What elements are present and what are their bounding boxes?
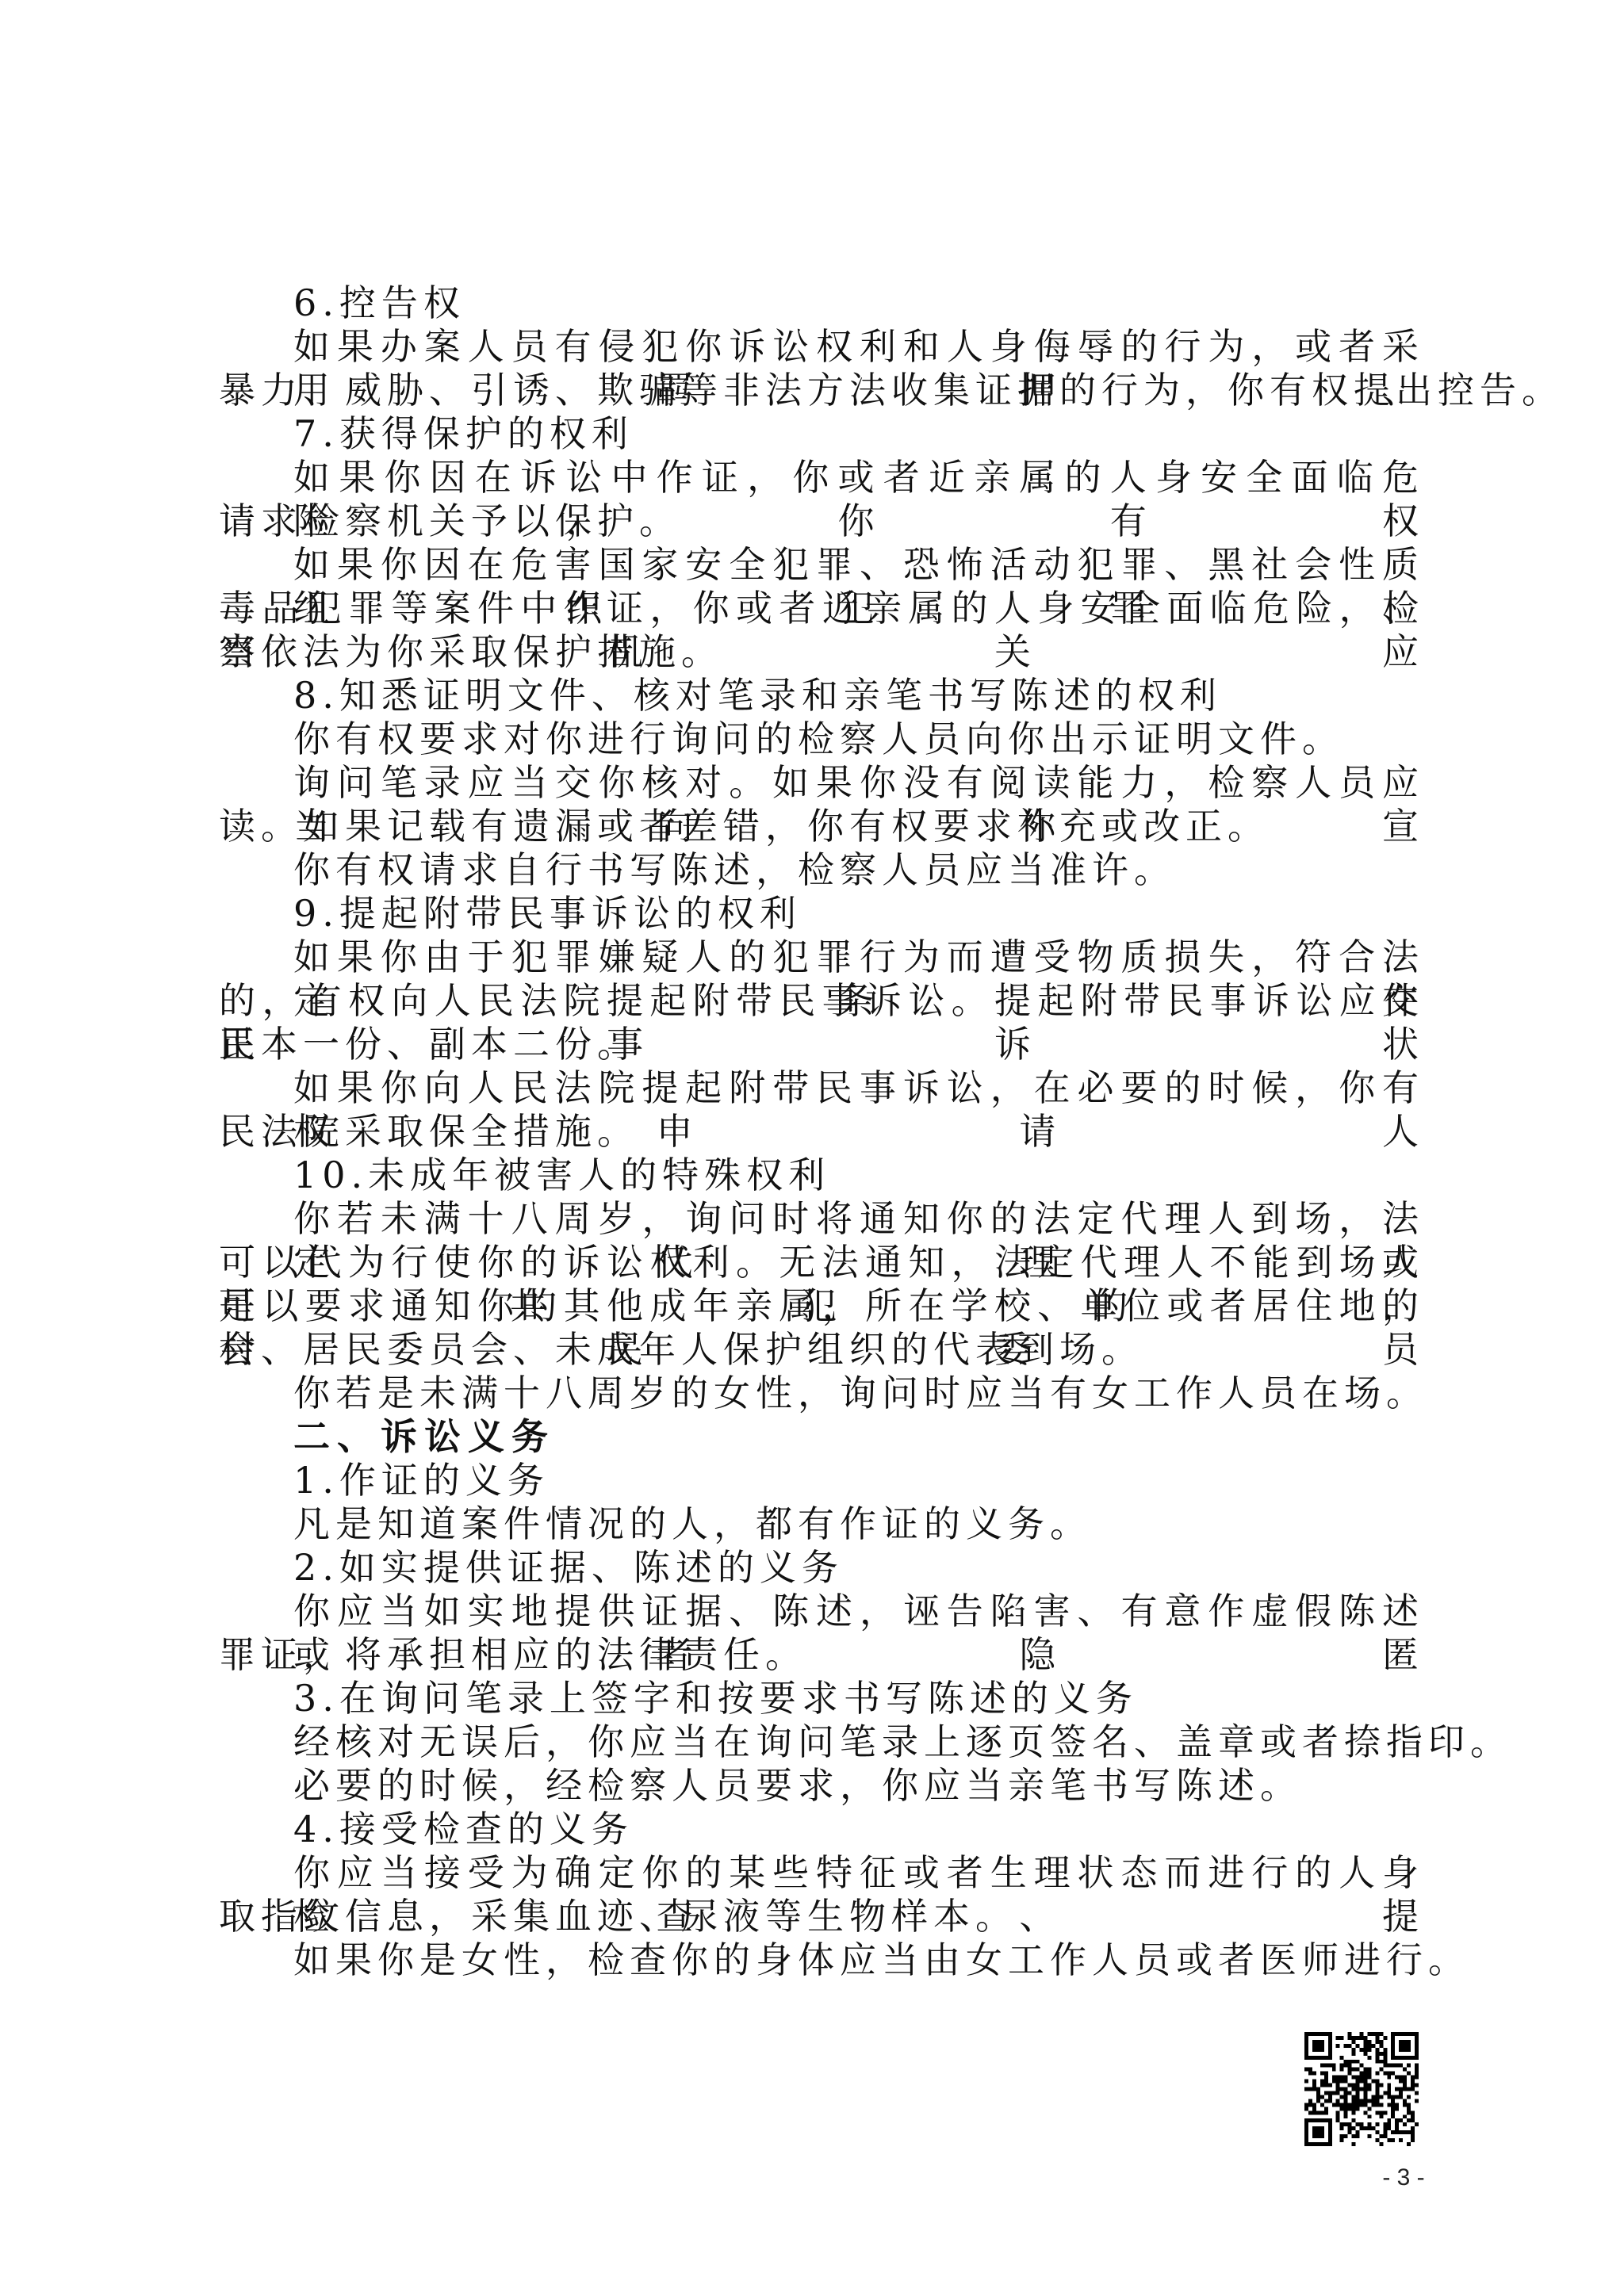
page-number: - 3 - (1380, 2164, 1427, 2191)
subheading: 4.接受检查的义务 (219, 1808, 1424, 1851)
subheading: 3.在询问笔录上签字和按要求书写陈述的义务 (219, 1677, 1424, 1720)
document-page: 6.控告权如果办案人员有侵犯你诉讼权利和人身侮辱的行为，或者采用羁押、暴力、威胁… (0, 0, 1624, 2296)
paragraph-line: 必要的时候，经检察人员要求，你应当亲笔书写陈述。 (219, 1764, 1424, 1808)
paragraph-line: 如果你由于犯罪嫌疑人的犯罪行为而遭受物质损失，符合法定条件 (219, 936, 1424, 979)
paragraph-line: 的，有权向人民法院提起附带民事诉讼。提起附带民事诉讼应交民事诉状 (219, 979, 1424, 1023)
paragraph-line: 暴力、威胁、引诱、欺骗等非法方法收集证据的行为，你有权提出控告。 (219, 369, 1424, 412)
paragraph-line: 如果你因在诉讼中作证，你或者近亲属的人身安全面临危险，你有权 (219, 456, 1424, 499)
paragraph-line: 如果你因在危害国家安全犯罪、恐怖活动犯罪、黑社会性质组织犯罪、 (219, 543, 1424, 587)
paragraph-line: 读。如果记载有遗漏或者差错，你有权要求补充或改正。 (219, 805, 1424, 848)
document-body: 6.控告权如果办案人员有侵犯你诉讼权利和人身侮辱的行为，或者采用羁押、暴力、威胁… (219, 281, 1424, 1982)
subheading: 8.知悉证明文件、核对笔录和亲笔书写陈述的权利 (219, 674, 1424, 717)
section-heading: 二、诉讼义务 (219, 1415, 1424, 1459)
paragraph-line: 如果你向人民法院提起附带民事诉讼，在必要的时候，你有权申请人 (219, 1066, 1424, 1110)
paragraph-line: 询问笔录应当交你核对。如果你没有阅读能力，检察人员应当向你宣 (219, 761, 1424, 805)
paragraph-line: 毒品犯罪等案件中作证，你或者近亲属的人身安全面临危险，检察机关应 (219, 587, 1424, 630)
paragraph-line: 你若未满十八周岁，询问时将通知你的法定代理人到场，法定代理人 (219, 1197, 1424, 1241)
qr-code-icon (1304, 2032, 1419, 2146)
subheading: 10.未成年被害人的特殊权利 (219, 1154, 1424, 1197)
paragraph-line: 凡是知道案件情况的人，都有作证的义务。 (219, 1502, 1424, 1546)
paragraph-line: 可以要求通知你的其他成年亲属，所在学校、单位或者居住地的村民委员 (219, 1284, 1424, 1328)
subheading: 7.获得保护的权利 (219, 412, 1424, 456)
paragraph-line: 你有权请求自行书写陈述，检察人员应当准许。 (219, 848, 1424, 892)
subheading: 9.提起附带民事诉讼的权利 (219, 892, 1424, 936)
paragraph-line: 你有权要求对你进行询问的检察人员向你出示证明文件。 (219, 717, 1424, 761)
paragraph-line: 如果你是女性，检查你的身体应当由女工作人员或者医师进行。 (219, 1938, 1424, 1982)
paragraph-line: 你应当接受为确定你的某些特征或者生理状态而进行的人身检查、提 (219, 1851, 1424, 1895)
subheading: 2.如实提供证据、陈述的义务 (219, 1546, 1424, 1590)
subheading: 1.作证的义务 (219, 1459, 1424, 1502)
subheading: 6.控告权 (219, 281, 1424, 325)
paragraph-line: 如果办案人员有侵犯你诉讼权利和人身侮辱的行为，或者采用羁押、 (219, 325, 1424, 369)
paragraph-line: 经核对无误后，你应当在询问笔录上逐页签名、盖章或者捺指印。 (219, 1720, 1424, 1764)
paragraph-line: 可以代为行使你的诉讼权利。无法通知，法定代理人不能到场或是共犯的， (219, 1241, 1424, 1284)
paragraph-line: 你应当如实地提供证据、陈述，诬告陷害、有意作虚假陈述或者隐匿 (219, 1590, 1424, 1633)
paragraph-line: 你若是未满十八周岁的女性，询问时应当有女工作人员在场。 (219, 1372, 1424, 1415)
